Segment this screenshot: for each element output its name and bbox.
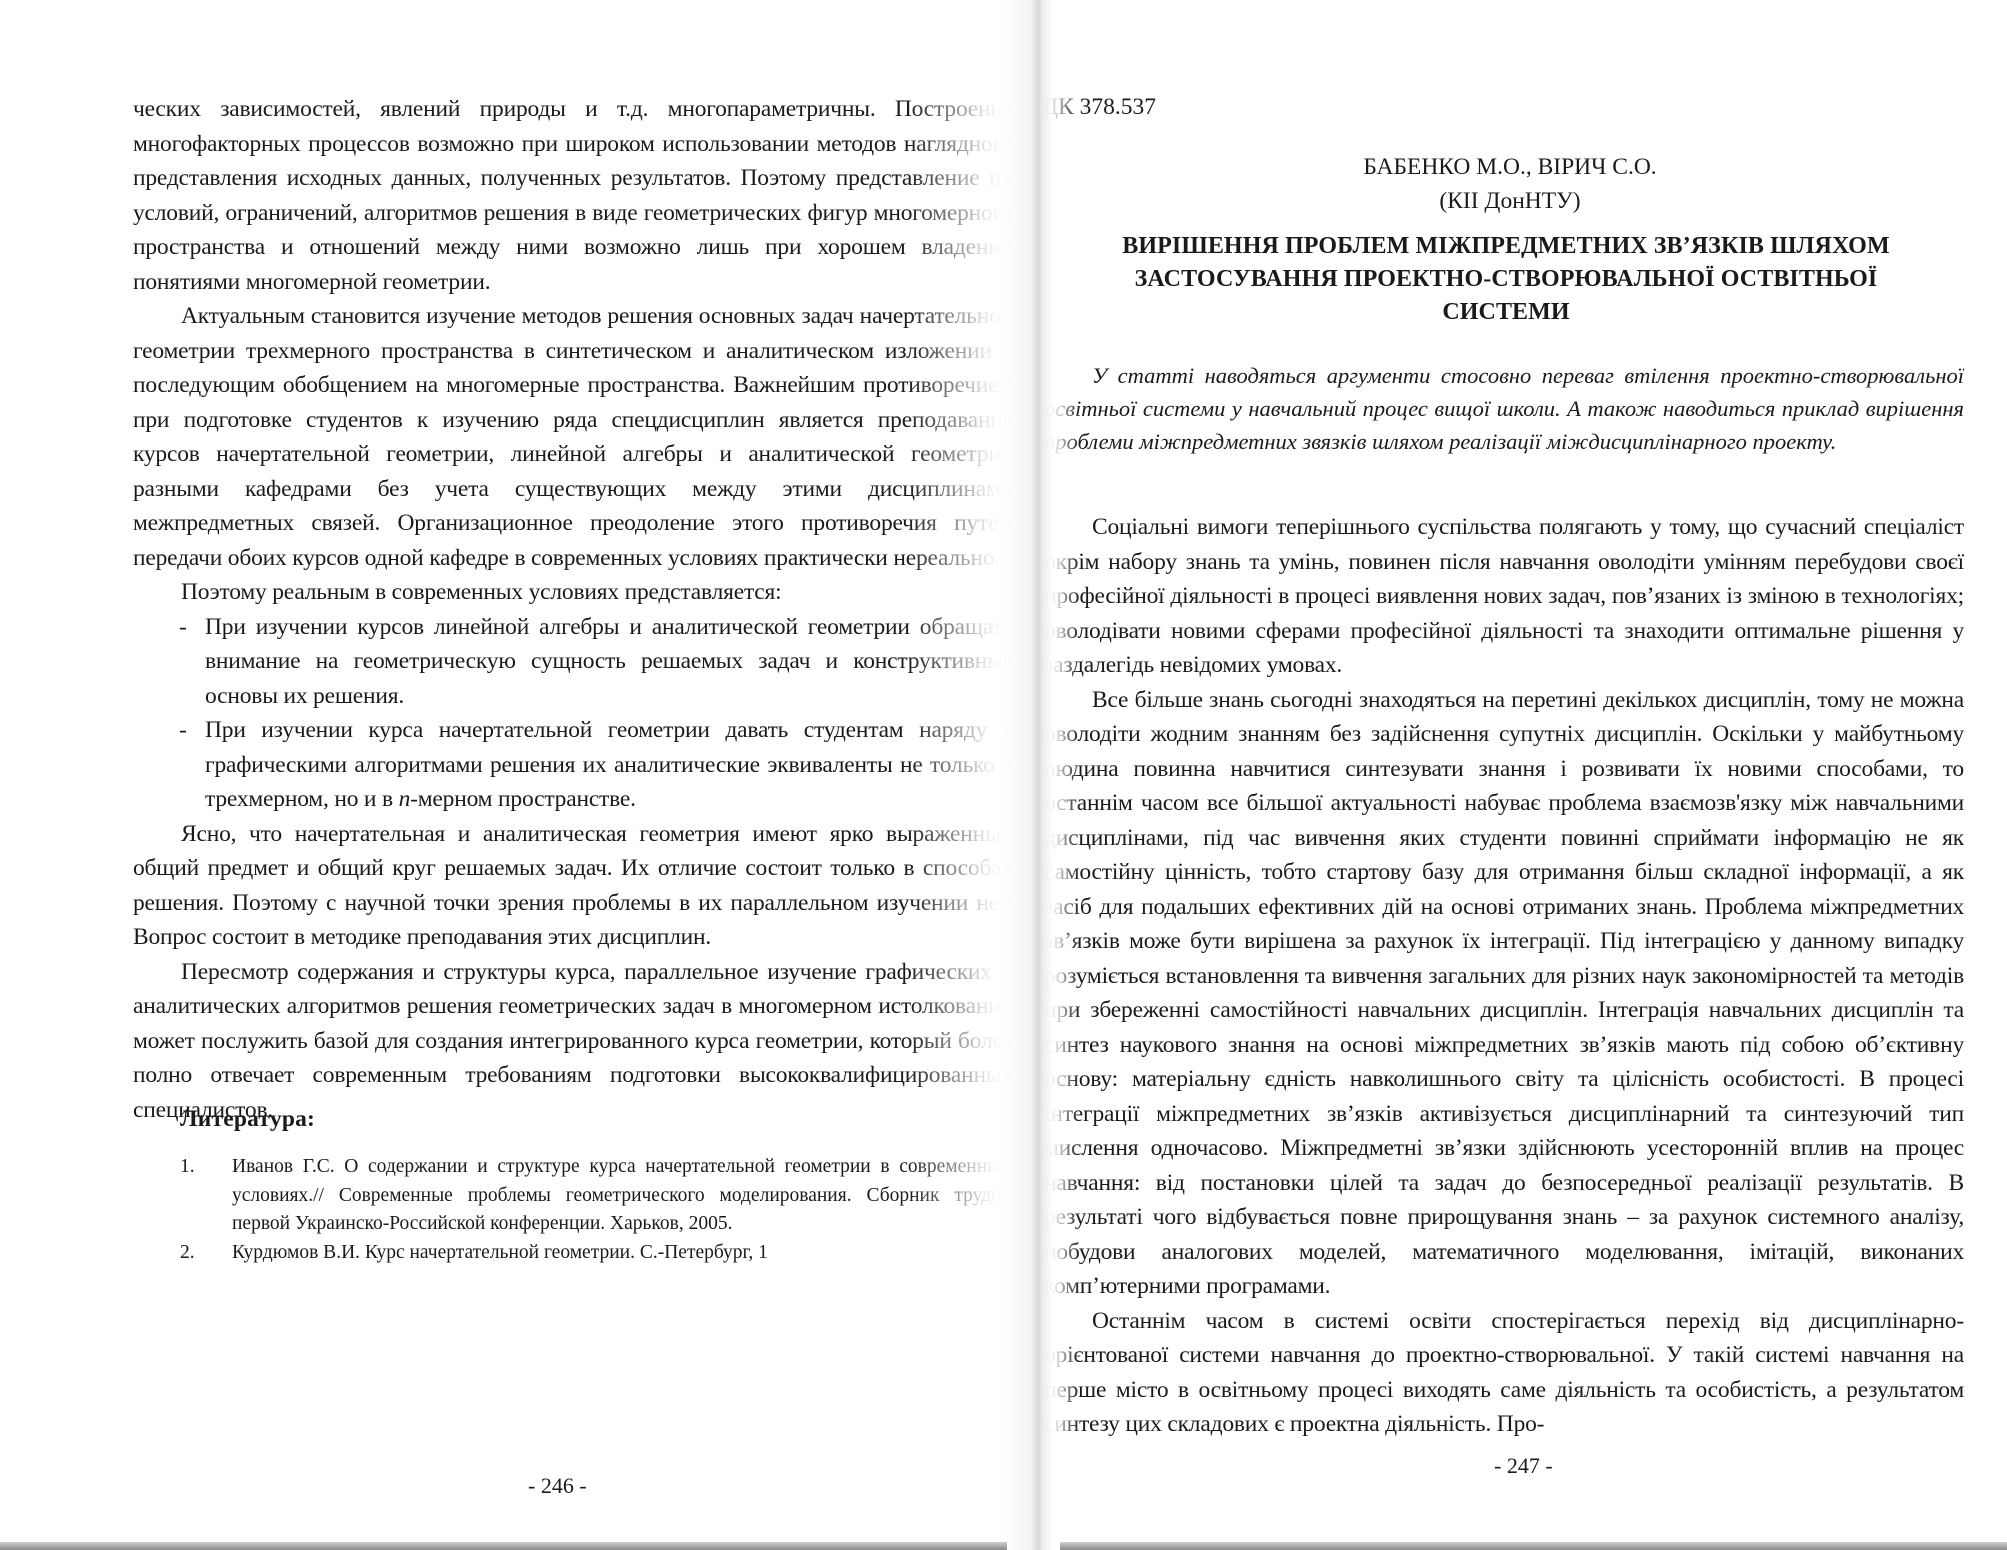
references-list: 1. Иванов Г.С. О содержании и структуре … [180, 1153, 1010, 1267]
title-line: СИСТЕМИ [1056, 296, 1956, 329]
right-page-body: Соціальні вимоги теперішнього суспільств… [1044, 510, 1964, 1442]
list-marker: - [179, 610, 187, 645]
left-page-body: ческих зависимостей, явлений природы и т… [133, 92, 1013, 1127]
literature-heading: Литература: [180, 1106, 315, 1133]
scan-edge [0, 1542, 1007, 1550]
paragraph: Поэтому реальным в современных условиях … [133, 575, 1013, 610]
list-marker: - [179, 713, 187, 748]
paragraph: Актуальным становится изучение методов р… [133, 299, 1013, 575]
page-246: ческих зависимостей, явлений природы и т… [0, 0, 1040, 1550]
reference-text: Курдюмов В.И. Курс начертательной геомет… [232, 1242, 768, 1263]
list-item-text: При изучении курсов линейной алгебры и а… [205, 614, 1013, 709]
reference-item: 1. Иванов Г.С. О содержании и структуре … [180, 1153, 1010, 1239]
article-byline: БАБЕНКО М.О., ВІРИЧ С.О. (КІІ ДонНТУ) [1040, 150, 1980, 218]
list-item: - При изучении курсов линейной алгебры и… [133, 610, 1013, 714]
paragraph: Пересмотр содержания и структуры курса, … [133, 955, 1013, 1128]
reference-text: Иванов Г.С. О содержании и структуре кур… [232, 1156, 1010, 1234]
authors: БАБЕНКО М.О., ВІРИЧ С.О. [1040, 150, 1980, 184]
dash-list: - При изучении курсов линейной алгебры и… [133, 610, 1013, 817]
paragraph: Соціальні вимоги теперішнього суспільств… [1044, 510, 1964, 683]
udk-code: ДК 378.537 [1042, 94, 1156, 121]
math-variable-n: n [399, 786, 411, 812]
affiliation: (КІІ ДонНТУ) [1040, 184, 1980, 218]
page-number: - 246 - [528, 1473, 587, 1499]
abstract: У статті наводяться аргументи стосовно п… [1044, 359, 1964, 458]
title-line: ЗАСТОСУВАННЯ ПРОЕКТНО-СТВОРЮВАЛЬНОЇ ОСТВ… [1056, 263, 1956, 296]
scan-edge [1060, 1542, 2007, 1550]
article-title: ВИРІШЕННЯ ПРОБЛЕМ МІЖПРЕДМЕТНИХ ЗВ’ЯЗКІВ… [1056, 230, 1956, 329]
abstract-text: У статті наводяться аргументи стосовно п… [1044, 359, 1964, 458]
reference-item: 2. Курдюмов В.И. Курс начертательной гео… [180, 1239, 1010, 1268]
book-spread: ческих зависимостей, явлений природы и т… [0, 0, 2007, 1550]
paragraph: Останнім часом в системі освіти спостері… [1044, 1304, 1964, 1442]
title-line: ВИРІШЕННЯ ПРОБЛЕМ МІЖПРЕДМЕТНИХ ЗВ’ЯЗКІВ… [1056, 230, 1956, 263]
paragraph: Все більше знань сьогодні знаходяться на… [1044, 683, 1964, 1304]
paragraph: ческих зависимостей, явлений природы и т… [133, 92, 1013, 299]
reference-number: 2. [180, 1239, 195, 1268]
paragraph: Ясно, что начертательная и аналитическая… [133, 817, 1013, 955]
list-item-text: -мерном пространстве. [410, 786, 636, 812]
page-247: ДК 378.537 БАБЕНКО М.О., ВІРИЧ С.О. (КІІ… [1040, 0, 2007, 1550]
page-number: - 247 - [1494, 1453, 1553, 1479]
list-item: - При изучении курса начертательной геом… [133, 713, 1013, 817]
reference-number: 1. [180, 1153, 195, 1182]
